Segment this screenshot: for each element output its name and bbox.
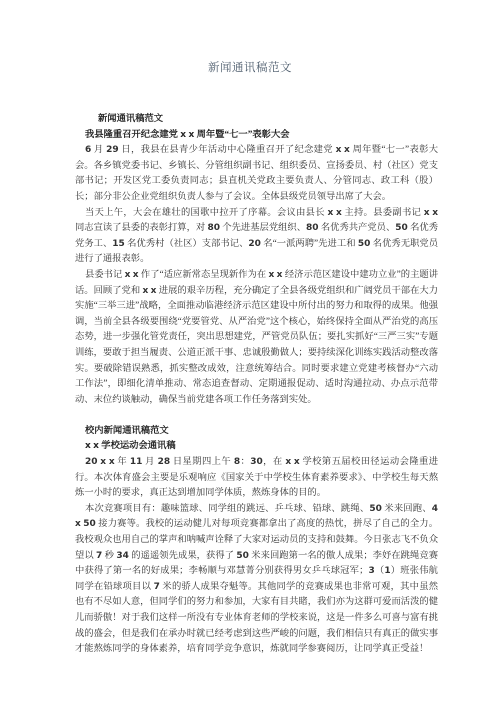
doc-heading: 新闻通讯稿范文 [75,112,438,128]
doc-paragraph: 当天上午，大会在雄壮的国歌中拉开了序幕。会议由县长 x x 主持。县委副书记 x… [75,206,438,268]
document-body: 新闻通讯稿范文我县隆重召开纪念建党 x x 周年暨“七一”表彰大会6 月 29 … [75,112,438,658]
doc-paragraph: 6 月 29 日，我县在县青少年活动中心隆重召开了纪念建党 x x 周年暨“七一… [75,143,438,205]
doc-paragraph: 20 x x 年 11 月 28 日星期四上午 8：30，在 x x 学校第五届… [75,455,438,502]
doc-heading: x x 学校运动会通讯稿 [75,439,438,455]
doc-heading: 校内新闻通讯稿范文 [75,424,438,440]
document-page: 新闻通讯稿范文 新闻通讯稿范文我县隆重召开纪念建党 x x 周年暨“七一”表彰大… [0,0,500,707]
blank-line [75,408,438,424]
page-title: 新闻通讯稿范文 [0,0,500,76]
doc-heading: 我县隆重召开纪念建党 x x 周年暨“七一”表彰大会 [75,128,438,144]
doc-paragraph: 本次竞赛项目有：趣味篮球、同学组的跳远、乒乓球、铅球、跳绳、50 米来回跑、4 … [75,502,438,658]
doc-paragraph: 县委书记 x x 作了“适应新常态呈现新作为在 x x 经济示范区建设中建功立业… [75,268,438,408]
